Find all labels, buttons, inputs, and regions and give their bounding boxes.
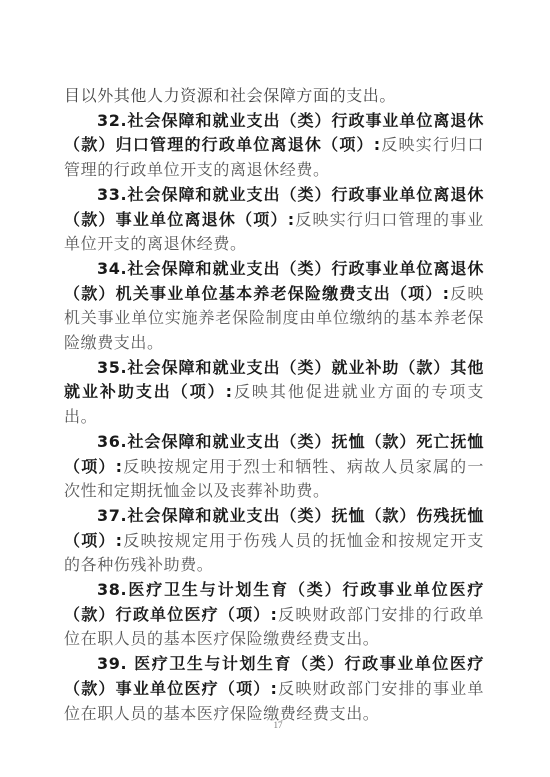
item-number: 35. <box>97 358 127 377</box>
item-body: 反映按规定用于烈士和牺牲、病故人员家属的一次性和定期抚恤金以及丧葬补助费。 <box>64 457 484 501</box>
item-heading: 社会保障和就业支出（类）行政事业单位离退休（款）机关事业单位基本养老保险缴费支出… <box>64 259 484 303</box>
page-number: 17 <box>268 720 288 730</box>
document-page: 目以外其他人力资源和社会保障方面的支出。 32.社会保障和就业支出（类）行政事业… <box>64 84 484 726</box>
item-34: 34.社会保障和就业支出（类）行政事业单位离退休（款）机关事业单位基本养老保险缴… <box>64 257 484 356</box>
item-38: 38.医疗卫生与计划生育（类）行政事业单位医疗（款）行政单位医疗（项）:反映财政… <box>64 578 484 652</box>
intro-continuation: 目以外其他人力资源和社会保障方面的支出。 <box>64 84 484 109</box>
item-number: 36. <box>97 432 127 451</box>
item-number: 38. <box>97 580 127 599</box>
item-number: 33. <box>97 185 127 204</box>
item-33: 33.社会保障和就业支出（类）行政事业单位离退休（款）事业单位离退休（项）:反映… <box>64 183 484 257</box>
item-number: 39. <box>97 654 134 673</box>
item-body: 反映按规定用于伤残人员的抚恤金和按规定开支的各种伤残补助费。 <box>64 531 484 575</box>
item-35: 35.社会保障和就业支出（类）就业补助（款）其他就业补助支出（项）:反映其他促进… <box>64 356 484 430</box>
item-number: 37. <box>97 506 127 525</box>
item-number: 34. <box>97 259 127 278</box>
item-39: 39. 医疗卫生与计划生育（类）行政事业单位医疗（款）事业单位医疗（项）:反映财… <box>64 652 484 726</box>
item-37: 37.社会保障和就业支出（类）抚恤（款）伤残抚恤（项）:反映按规定用于伤残人员的… <box>64 504 484 578</box>
item-32: 32.社会保障和就业支出（类）行政事业单位离退休（款）归口管理的行政单位离退休（… <box>64 109 484 183</box>
item-36: 36.社会保障和就业支出（类）抚恤（款）死亡抚恤（项）:反映按规定用于烈士和牺牲… <box>64 430 484 504</box>
item-number: 32. <box>97 111 127 130</box>
